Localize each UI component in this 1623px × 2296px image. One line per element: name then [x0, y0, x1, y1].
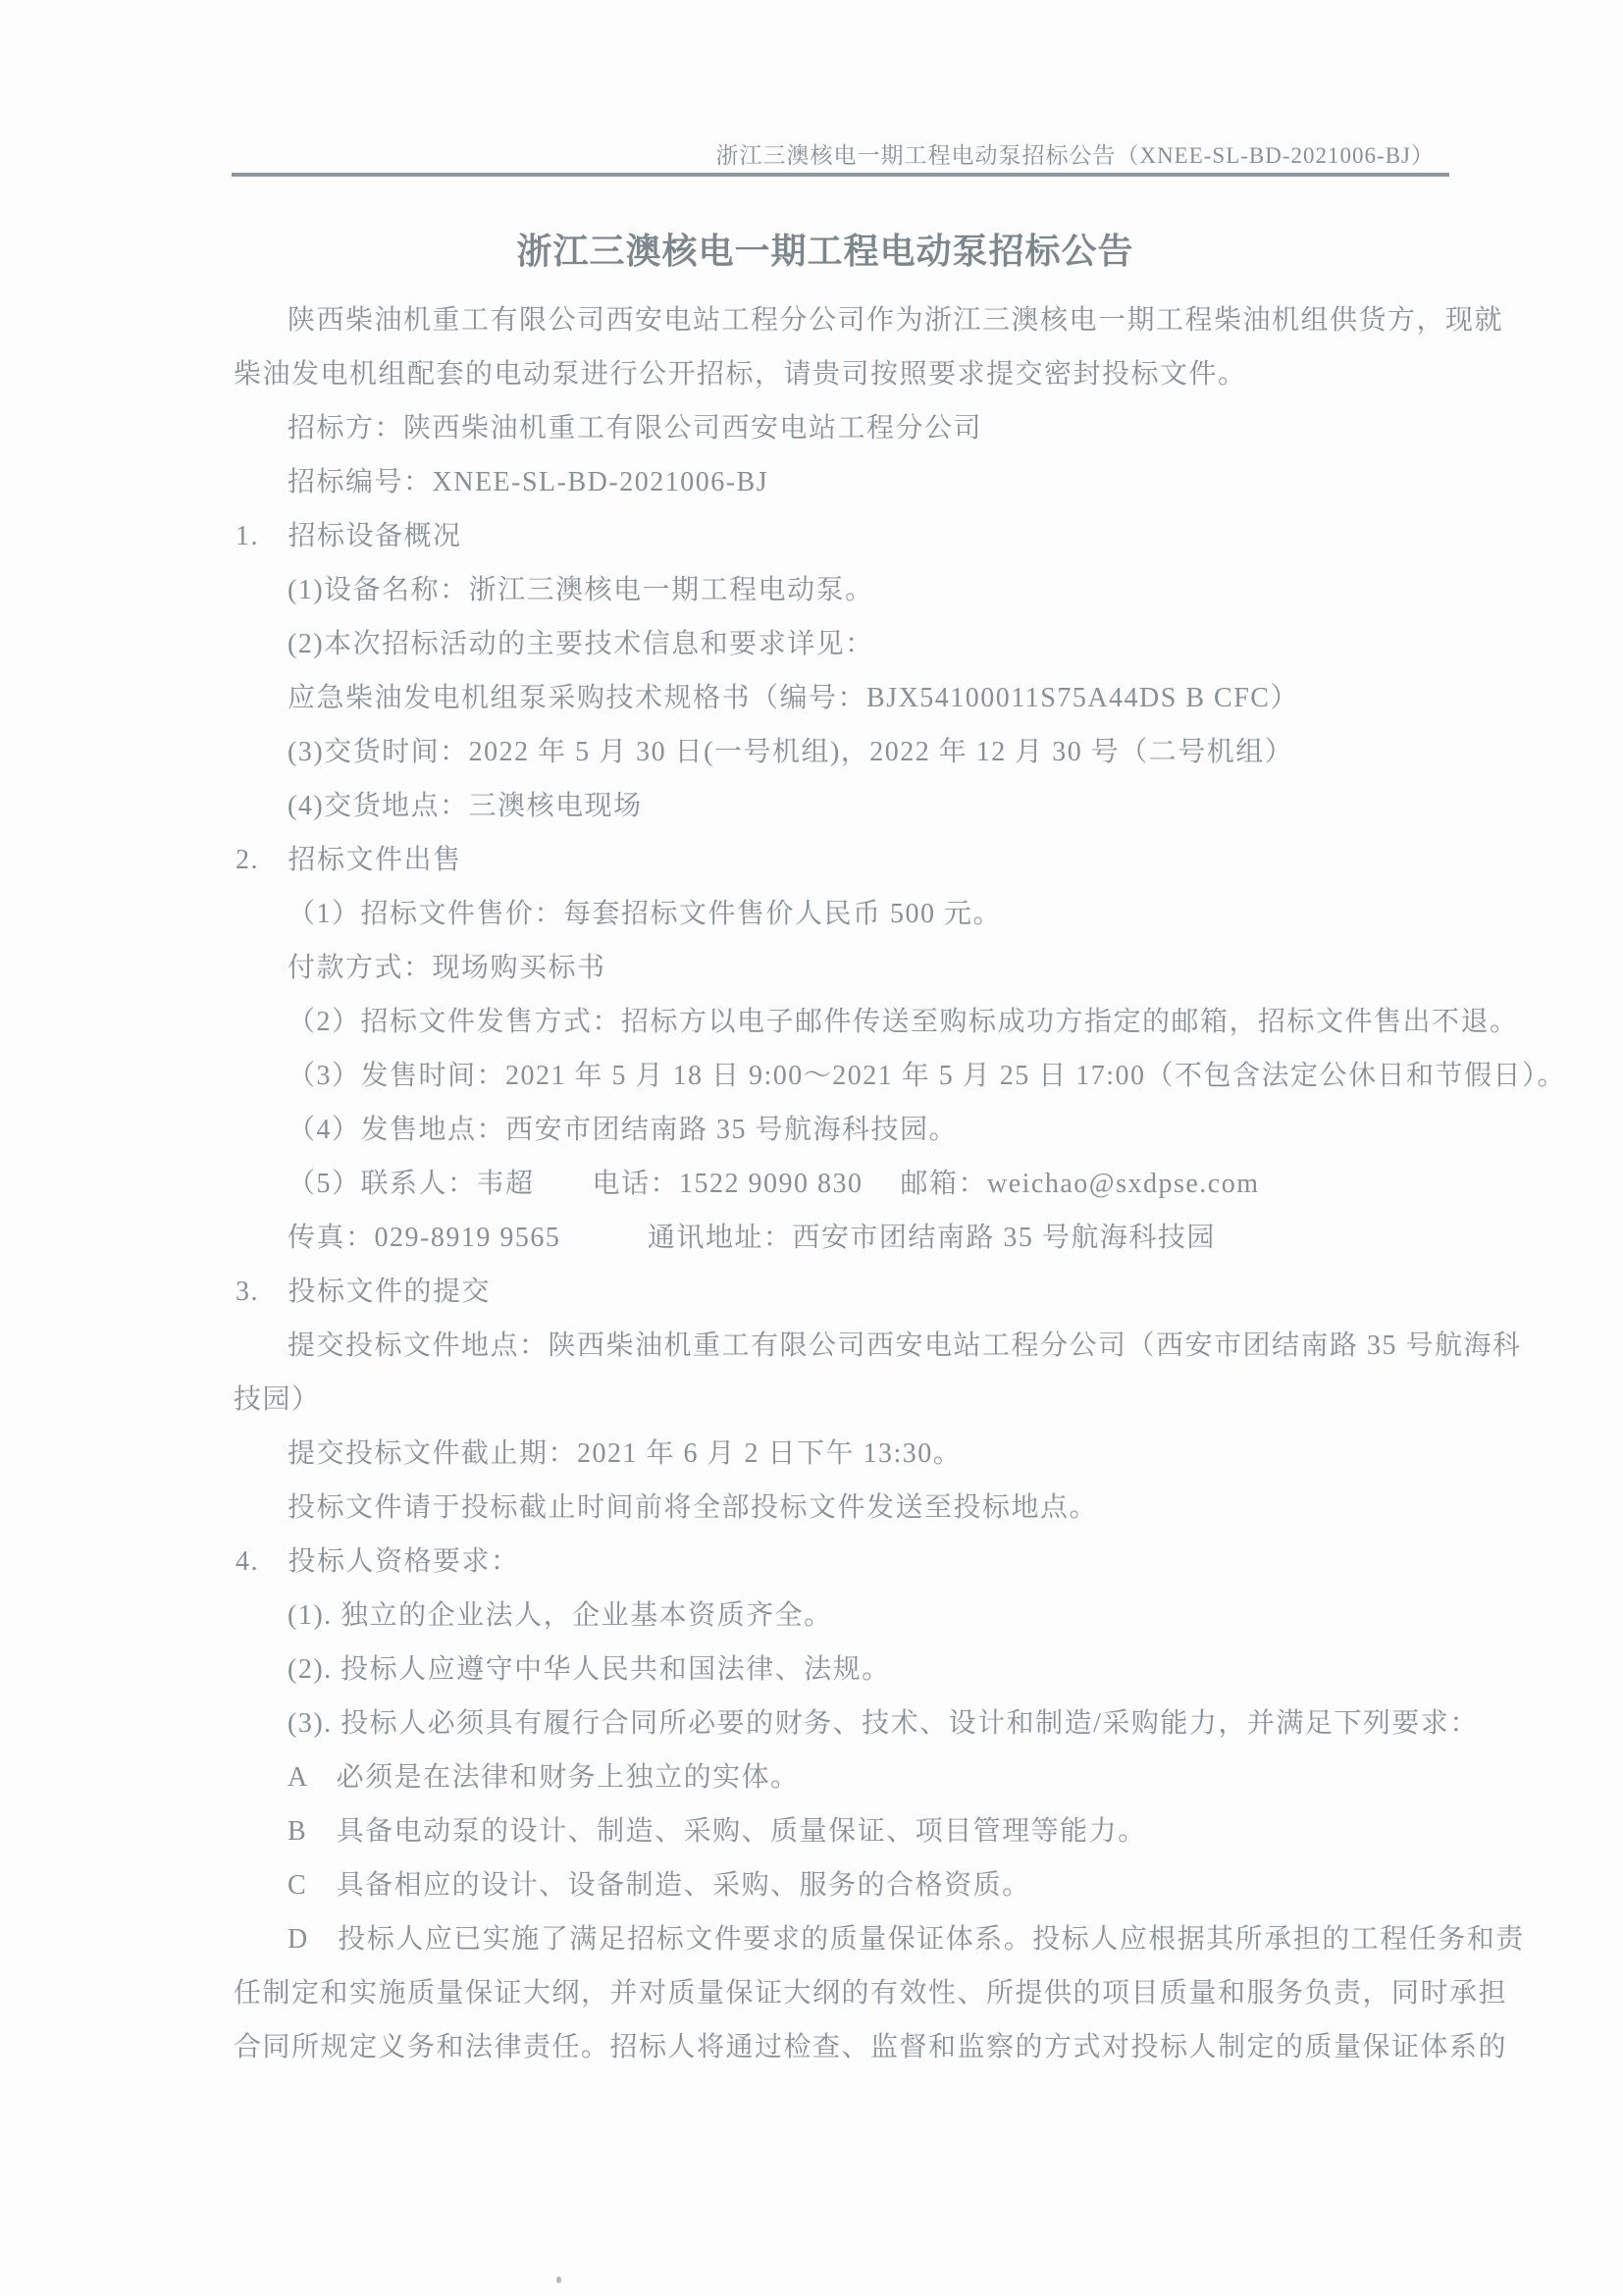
body-line: (4)交货地点：三澳核电现场 [288, 790, 643, 823]
body-line: D 投标人应已实施了满足招标文件要求的质量保证体系。投标人应根据其所承担的工程任… [288, 1923, 1525, 1957]
body-line: B 具备电动泵的设计、制造、采购、质量保证、项目管理等能力。 [288, 1815, 1147, 1849]
document-body: 陕西柴油机重工有限公司西安电站工程分公司作为浙江三澳核电一期工程柴油机组供货方，… [0, 0, 1623, 2296]
body-line: (3). 投标人必须具有履行合同所必要的财务、技术、设计和制造/采购能力，并满足… [288, 1707, 1479, 1741]
body-line: 柴油发电机组配套的电动泵进行公开招标，请贵司按照要求提交密封投标文件。 [234, 358, 1247, 391]
body-line: 1. 招标设备概况 [236, 520, 462, 553]
body-line: (1). 独立的企业法人，企业基本资质齐全。 [288, 1599, 833, 1633]
body-line: 招标编号：XNEE-SL-BD-2021006-BJ [288, 466, 768, 499]
document-page: 浙江三澳核电一期工程电动泵招标公告（XNEE-SL-BD-2021006-BJ）… [0, 0, 1623, 2296]
body-line: 2. 招标文件出售 [236, 844, 462, 877]
body-line: 提交投标文件截止期：2021 年 6 月 2 日下午 13:30。 [288, 1437, 962, 1471]
body-line: （2）招标文件发售方式：招标方以电子邮件传送至购标成功方指定的邮箱，招标文件售出… [288, 1006, 1519, 1039]
body-line: （3）发售时间：2021 年 5 月 18 日 9:00～2021 年 5 月 … [288, 1060, 1566, 1093]
body-line: 陕西柴油机重工有限公司西安电站工程分公司作为浙江三澳核电一期工程柴油机组供货方，… [288, 304, 1503, 338]
body-line: 提交投标文件地点：陕西柴油机重工有限公司西安电站工程分公司（西安市团结南路 35… [288, 1330, 1522, 1363]
body-line: （1）招标文件售价：每套招标文件售价人民币 500 元。 [288, 898, 1002, 931]
body-line: （5）联系人：韦超 电话：1522 9090 830 邮箱：weichao@sx… [288, 1168, 1260, 1201]
body-line: (1)设备名称：浙江三澳核电一期工程电动泵。 [288, 574, 874, 607]
body-line: 付款方式：现场购买标书 [288, 952, 606, 985]
body-line: (3)交货时间：2022 年 5 月 30 日(一号机组)，2022 年 12 … [288, 736, 1293, 769]
body-line: 技园） [234, 1383, 321, 1417]
body-line: 招标方：陕西柴油机重工有限公司西安电站工程分公司 [288, 412, 982, 445]
body-line: (2). 投标人应遵守中华人民共和国法律、法规。 [288, 1653, 891, 1687]
body-line: 合同所规定义务和法律责任。招标人将通过检查、监督和监察的方式对投标人制定的质量保… [234, 2031, 1507, 2064]
body-line: (2)本次招标活动的主要技术信息和要求详见： [288, 628, 874, 661]
body-line: A 必须是在法律和财务上独立的实体。 [288, 1761, 800, 1795]
body-line: 4. 投标人资格要求： [236, 1545, 520, 1579]
scan-speck-artifact [556, 2276, 561, 2283]
body-line: C 具备相应的设计、设备制造、采购、服务的合格资质。 [288, 1869, 1031, 1903]
body-line: 投标文件请于投标截止时间前将全部投标文件发送至投标地点。 [288, 1491, 1098, 1525]
body-line: 3. 投标文件的提交 [236, 1276, 491, 1309]
body-line: （4）发售地点：西安市团结南路 35 号航海科技园。 [288, 1114, 958, 1147]
body-line: 任制定和实施质量保证大纲，并对质量保证大纲的有效性、所提供的项目质量和服务负责，… [234, 1977, 1507, 2010]
body-line: 传真：029-8919 9565 通讯地址：西安市团结南路 35 号航海科技园 [288, 1222, 1216, 1255]
body-line: 应急柴油发电机组泵采购技术规格书（编号：BJX54100011S75A44DS … [288, 682, 1299, 715]
